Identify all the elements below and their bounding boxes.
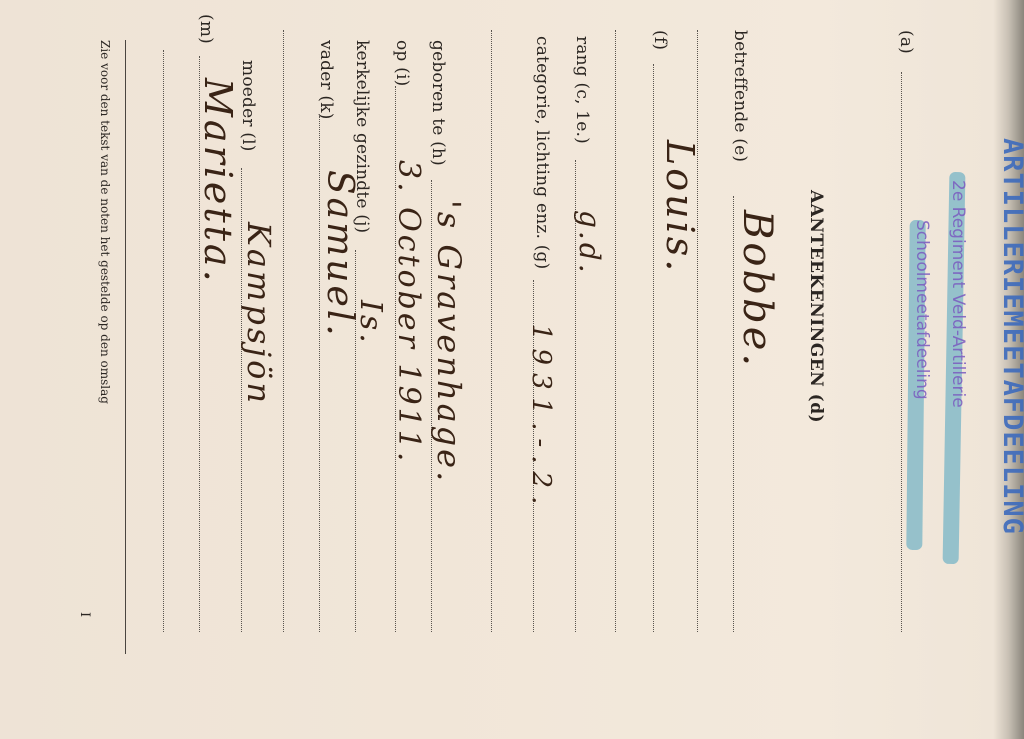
stamp-regiment: 2e Regiment Veld-Artillerie [948,180,968,408]
page-number: I [77,612,92,617]
scanned-page: ARTILLERIEMEETAFDEELING 2e Regiment Veld… [0,0,1024,739]
footnote: Zie voor den tekst van de noten het gest… [98,40,112,404]
blank-line-2 [615,30,616,632]
blank-line-3 [491,30,492,632]
field-e-label: betreffende (e) [730,30,750,162]
field-g-label: categorie, lichting enz. (g) [532,36,552,269]
blank-line-1 [697,30,698,632]
field-c-value: g.d. [573,210,606,276]
blank-line-4 [283,30,284,632]
field-g-value: 1931.-.2. [526,324,556,512]
field-k-label: vader (k) [316,40,336,120]
field-h-value: 's Gravenhage. [430,200,468,484]
field-m-label: (m) [196,14,216,44]
field-k-value: Samuel. [319,170,360,339]
field-i-value: 3. October 1911. [391,160,426,464]
field-f-line [653,64,654,632]
stamp-artilleriemeetafdeeling: ARTILLERIEMEETAFDEELING [997,138,1024,535]
stamp-school: Schoolmeetafdeeling [912,220,932,400]
footer-rule [125,40,126,654]
field-c-label: rang (c, 1e.) [572,36,592,144]
field-f-label: (f) [650,30,670,50]
field-m-value: Marietta. [196,78,240,285]
page-title: AANTEEKENINGEN (d) [806,190,826,423]
rotated-document-page: ARTILLERIEMEETAFDEELING 2e Regiment Veld… [0,0,1024,739]
blank-line-5 [163,50,164,632]
field-h-label: geboren te (h) [428,40,448,166]
field-f-value: Louis. [658,140,702,274]
field-l-value: Kampsjön [240,222,278,406]
field-i-label: op (i) [392,40,412,86]
field-e-value: Bobbe. [734,210,780,369]
field-l-label: moeder (l) [238,60,258,152]
field-a-label: (a) [896,30,916,54]
field-a-line [901,72,902,632]
